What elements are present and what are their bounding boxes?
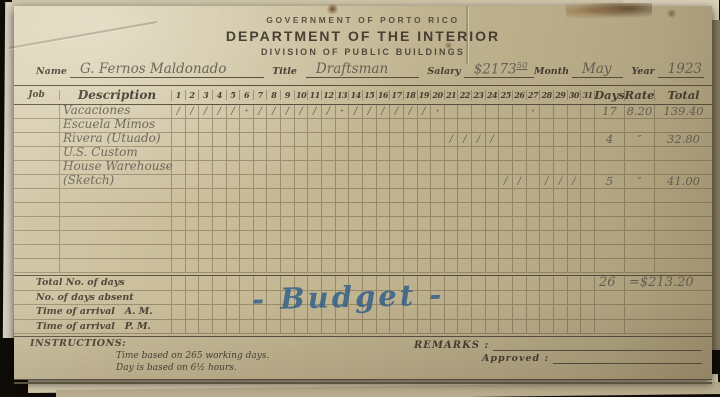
day-cells [172,231,595,244]
day-cell [186,203,200,216]
day-cell [281,245,295,258]
day-cell [377,231,391,244]
table-row [14,203,712,217]
day-cell [513,276,527,290]
day-cell [431,175,445,188]
day-cell [554,105,568,118]
day-cell [540,203,554,216]
tally-slash: / [172,105,186,118]
day-cell [363,175,377,188]
day-cell [363,203,377,216]
job-cell [14,133,60,146]
day-cell [336,175,350,188]
day-cell [172,245,186,258]
day-cell [472,105,486,118]
day-cell [199,305,213,319]
day-cell [554,119,568,132]
day-cell [281,231,295,244]
day-cell [186,259,200,272]
day-cell [240,189,254,202]
day-cell [172,203,186,216]
tally-slash: / [445,133,459,146]
day-cell [199,119,213,132]
day-cell [186,291,200,305]
summary-label: Total No. of days [14,276,172,290]
day-cell [213,133,227,146]
day-cell [581,147,595,160]
day-cell [486,217,500,230]
day-cell [281,175,295,188]
job-cell [14,259,60,272]
rate-value-cell [625,203,655,216]
days-value-cell [595,147,625,160]
day-cell [186,217,200,230]
tally-slash: / [295,105,309,118]
tally-slash: / [322,105,336,118]
day-cell [540,119,554,132]
day-cell [267,231,281,244]
description-column-header: Description [60,90,172,101]
day-cell [267,189,281,202]
day-cell [540,161,554,174]
day-cell [472,320,486,334]
paper-stain [326,4,339,14]
day-cell [513,245,527,258]
tally-slash: / [568,175,582,188]
day-cell [568,291,582,305]
day-cell [336,217,350,230]
day-header-cell: 30 [568,90,582,100]
approved-label: Approved : [482,353,549,364]
day-cell [554,276,568,290]
day-cell [527,245,541,258]
day-cell [458,259,472,272]
day-cell [281,189,295,202]
day-cell [513,119,527,132]
day-cell [540,217,554,230]
day-cell [486,161,500,174]
summary-amount-cell [625,291,712,305]
day-cell [349,245,363,258]
government-line: GOVERNMENT OF PORTO RICO [14,15,712,25]
day-cell [240,147,254,160]
day-cell [186,320,200,334]
day-cell [472,245,486,258]
tally-slash: / [213,105,227,118]
day-cells [172,245,595,258]
day-cell [308,189,322,202]
day-cell [554,291,568,305]
day-cell [499,231,513,244]
day-cell [581,245,595,258]
day-cell [199,189,213,202]
day-cell [390,259,404,272]
days-column-header: Days [595,89,625,101]
day-cell [363,217,377,230]
day-cell [227,259,241,272]
day-cell [186,175,200,188]
rate-value-cell [625,231,655,244]
day-cell [404,119,418,132]
tally-slash: / [254,105,268,118]
day-cell [540,245,554,258]
day-cell [267,161,281,174]
day-cell [445,203,459,216]
day-cell [390,217,404,230]
remarks-block: REMARKS : Approved : [414,338,712,373]
day-header-cell: 26 [513,90,527,100]
approved-blank-line [553,353,702,364]
day-cell [581,175,595,188]
day-cell [540,133,554,146]
day-cells [172,217,595,230]
day-cells [172,203,595,216]
day-cell [172,276,186,290]
day-header-cell: 14 [349,90,363,100]
day-cell [527,305,541,319]
summary-label: Time of arrival P. M. [14,320,172,334]
day-cell [227,217,241,230]
job-cell [14,175,60,188]
total-value-cell [655,119,712,132]
day-cell [172,147,186,160]
day-cell [377,161,391,174]
day-cell [418,231,432,244]
day-cell [472,291,486,305]
days-value-cell: 4 [595,133,625,146]
day-cell [418,245,432,258]
tally-slash: / [377,105,391,118]
day-cell [213,291,227,305]
day-cell [404,133,418,146]
day-cell [377,189,391,202]
day-header-cell: 7 [254,90,268,100]
title-label: Title [272,66,300,78]
day-cell [213,320,227,334]
day-cell [499,147,513,160]
day-cell [363,259,377,272]
day-cell [404,175,418,188]
day-cell [390,245,404,258]
day-cell [404,217,418,230]
day-cell [349,189,363,202]
day-cell [486,231,500,244]
day-cell [295,203,309,216]
day-header-cell: 22 [458,90,472,100]
day-cell [254,231,268,244]
day-cell [431,189,445,202]
day-cell [418,189,432,202]
day-cell [568,203,582,216]
day-cell [281,161,295,174]
total-value-cell [655,147,712,160]
day-cell [213,259,227,272]
job-cell [14,161,60,174]
day-cell [281,217,295,230]
day-cell [431,245,445,258]
day-cell [568,189,582,202]
day-cells [172,320,595,334]
day-cell [254,320,268,334]
day-cell [281,320,295,334]
day-cell [418,217,432,230]
total-value-cell: 32.80 [655,133,712,146]
day-cell [254,175,268,188]
day-cell [431,231,445,244]
day-cell [295,175,309,188]
day-cell [322,147,336,160]
day-cell [336,133,350,146]
days-value-cell [595,231,625,244]
day-cell [568,147,582,160]
table-row: House Warehouse [14,161,712,175]
day-cell [308,203,322,216]
day-cell [554,203,568,216]
day-cell [431,259,445,272]
day-cell [172,119,186,132]
day-cell [199,147,213,160]
day-cell [227,175,241,188]
day-cell [568,276,582,290]
day-cell [199,245,213,258]
day-cell [322,245,336,258]
day-cell [527,320,541,334]
day-header-cell: 18 [404,90,418,100]
description-cell [60,203,172,216]
day-cell [227,231,241,244]
day-cell [240,119,254,132]
day-cell [418,320,432,334]
day-cell [445,119,459,132]
day-cell [172,161,186,174]
day-cell [568,217,582,230]
day-cell [540,231,554,244]
day-cell [431,203,445,216]
day-cell [199,291,213,305]
day-cell [458,147,472,160]
tally-slash: / [390,105,404,118]
day-cell [568,305,582,319]
day-cell [336,189,350,202]
day-cell [486,305,500,319]
day-cell [213,203,227,216]
day-cell [486,147,500,160]
job-cell [14,147,60,160]
day-header-cell: 4 [213,90,227,100]
day-cell [186,189,200,202]
day-cell [513,320,527,334]
day-cell [513,133,527,146]
day-header-cell: 9 [281,90,295,100]
day-cell [336,259,350,272]
day-header-cell: 28 [540,90,554,100]
day-cell [581,291,595,305]
day-cell [581,133,595,146]
day-cell [499,105,513,118]
day-cell [186,276,200,290]
day-cell [418,119,432,132]
day-cell [513,217,527,230]
day-cell [513,259,527,272]
days-value-cell: 17 [595,105,625,118]
day-cell [377,147,391,160]
salary-label: Salary [427,66,463,78]
day-cell [322,320,336,334]
day-cell [458,291,472,305]
day-cell [295,217,309,230]
day-header-cell: 3 [199,90,213,100]
day-cell [472,276,486,290]
day-cell [349,147,363,160]
sunday-dot: • [431,105,445,118]
day-cells [172,161,595,174]
rate-value-cell [625,245,655,258]
summary-days-cell [595,291,625,305]
summary-label: No. of days absent [14,291,172,305]
rate-value-cell [625,147,655,160]
day-cell [213,245,227,258]
day-cell [499,276,513,290]
day-cell [336,119,350,132]
days-value-cell: 5 [595,175,625,188]
day-cell [486,291,500,305]
form-header: GOVERNMENT OF PORTO RICO DEPARTMENT OF T… [14,15,712,57]
total-value-cell [655,259,712,272]
day-cell [267,147,281,160]
day-header-cell: 1 [172,90,186,100]
day-cell [486,320,500,334]
day-cell [540,276,554,290]
day-cell [486,175,500,188]
day-cell [568,119,582,132]
day-cell [458,305,472,319]
day-cell [390,231,404,244]
day-cell [240,133,254,146]
day-cell [568,259,582,272]
day-cell [349,231,363,244]
day-cell [363,161,377,174]
day-cell [322,217,336,230]
day-cell [581,231,595,244]
day-cell [499,259,513,272]
day-cell [499,189,513,202]
description-cell [60,231,172,244]
day-cell [513,161,527,174]
day-cell [199,203,213,216]
total-value-cell [655,217,712,230]
tally-slash: / [458,133,472,146]
day-cell [418,203,432,216]
instructions-line-2: Day is based on 6½ hours. [116,363,414,373]
description-cell [60,189,172,202]
day-cell [499,203,513,216]
day-header-cell: 13 [336,90,350,100]
day-cell [336,203,350,216]
table-row [14,259,712,273]
day-cell [227,147,241,160]
day-cell [499,119,513,132]
day-cell [418,259,432,272]
salary-cents: 50 [517,61,528,71]
total-value-cell [655,203,712,216]
day-cell [254,217,268,230]
day-cell [308,231,322,244]
day-cell [267,217,281,230]
day-cell [431,161,445,174]
table-row: (Sketch)/////5″41.00 [14,175,712,189]
day-cell [445,291,459,305]
day-cell [458,119,472,132]
total-value-cell [655,245,712,258]
table-row [14,189,712,203]
day-cell [499,217,513,230]
day-cell [308,175,322,188]
day-cell [472,231,486,244]
day-cell [322,203,336,216]
tally-slash: / [513,175,527,188]
day-cell [390,147,404,160]
day-cell [486,245,500,258]
day-cell [336,231,350,244]
day-cell [227,189,241,202]
day-cells: /////•//////•//////•• [172,105,595,118]
total-value-cell [655,231,712,244]
day-cell [581,119,595,132]
day-cell [227,119,241,132]
tally-slash: / [540,175,554,188]
day-cell [486,189,500,202]
day-cell [458,320,472,334]
day-header-cell: 10 [295,90,309,100]
day-cell [472,259,486,272]
day-cell [390,189,404,202]
day-cell [458,231,472,244]
day-cell [513,189,527,202]
day-cell [267,133,281,146]
day-cell [267,320,281,334]
sunday-dot: • [240,105,254,118]
day-cell [445,259,459,272]
day-cell [499,320,513,334]
day-cell [295,189,309,202]
day-cell [527,259,541,272]
day-cell [445,245,459,258]
day-cell [486,259,500,272]
day-cell [527,189,541,202]
day-cell [540,291,554,305]
day-cell [172,291,186,305]
day-cell [240,245,254,258]
summary-days-cell [595,305,625,319]
day-header-cell: 31 [581,90,595,100]
day-cell [295,320,309,334]
sunday-dot: • [336,105,350,118]
day-cell [554,259,568,272]
day-cell [363,231,377,244]
day-cell [377,203,391,216]
day-cell [431,217,445,230]
background-sheet-right [712,20,720,350]
day-header-cell: 12 [322,90,336,100]
day-cell [445,161,459,174]
day-cell [513,203,527,216]
summary-row: Time of arrival P. M. [14,320,712,335]
table-body: Vacaciones/////•//////•//////••178.20139… [14,105,712,273]
day-cell [227,245,241,258]
sunday-dot: • [527,105,541,118]
day-header-cell: 16 [377,90,391,100]
day-cell [404,161,418,174]
